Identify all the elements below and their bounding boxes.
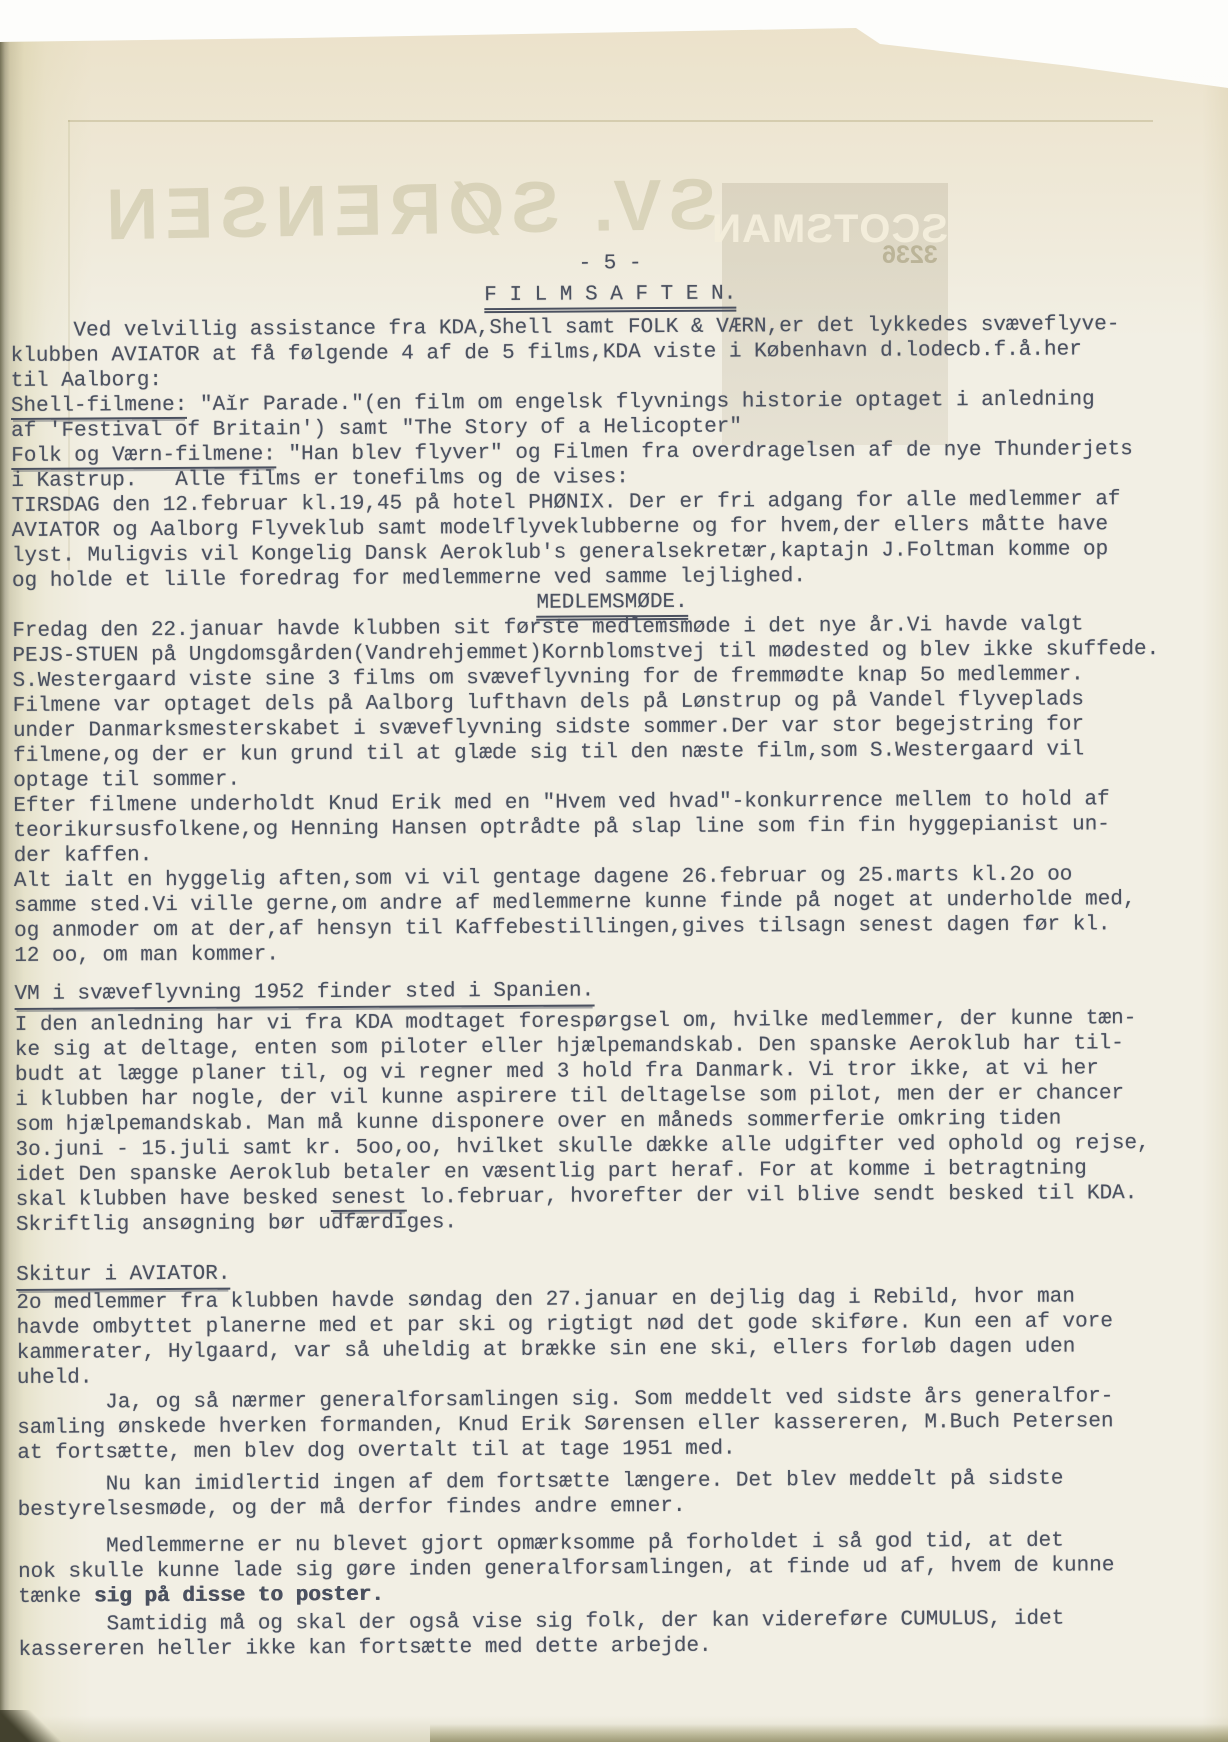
document-text: - 5 -F I L M S A F T E N. Ved velvillig … — [10, 248, 1219, 1663]
section-title: F I L M S A F T E N. — [10, 279, 1210, 311]
paragraph: Fredag den 22.januar havde klubben sit f… — [12, 612, 1214, 969]
section-h-vm: VM i svæveflyvning 1952 finder sted i Sp… — [14, 975, 1214, 1007]
underlined-text: Shell-filmene: — [11, 394, 188, 420]
scan-bottom-edge-shadow — [430, 1724, 1228, 1742]
text-segment: Skriftlig ansøgning bør udfærdiges. — [16, 1211, 457, 1237]
paragraph: Medlemmerne er nu blevet gjort opmærksom… — [18, 1528, 1218, 1610]
text-segment: tænke — [18, 1586, 94, 1609]
paragraph: I den anledning har vi fra KDA modtaget … — [15, 1006, 1216, 1238]
text-segment: optage til sommer. — [13, 769, 240, 793]
bleedthrough-frame-line-horizontal — [68, 120, 1153, 122]
underlined-text: senest — [331, 1187, 407, 1212]
underlined-text: Folk og Værn-filmene: — [11, 443, 276, 470]
text-segment: af 'Festival of Britain') samt "The Stor… — [11, 416, 742, 443]
text-segment: bestyrelsesmøde, og der må derfor findes… — [18, 1495, 686, 1522]
text-segment: at fortsætte, men blev dog overtalt til … — [17, 1438, 735, 1465]
text-segment: kassereren heller ikke kan fortsætte med… — [18, 1635, 711, 1662]
scan-corner-shadow — [0, 1710, 72, 1742]
paragraph: 2o medlemmer fra klubben havde søndag de… — [16, 1284, 1217, 1391]
section-h-skitur: Skitur i AVIATOR. — [16, 1256, 1216, 1288]
text-segment: til Aalborg: — [11, 369, 162, 393]
text-segment: uheld. — [17, 1367, 93, 1390]
section-heading: F I L M S A F T E N. — [484, 283, 736, 314]
paragraph: Ved velvillig assistance fra KDA,Shell s… — [10, 312, 1212, 594]
paragraph: Nu kan imidlertid ingen af dem fortsætte… — [17, 1466, 1217, 1523]
text-segment: "Han blev flyver" og Filmen fra overdrag… — [276, 438, 1133, 466]
paragraph: Ja, og så nærmer generalforsamlingen sig… — [17, 1384, 1217, 1466]
text-segment: og holde et lille foredrag for medlemmer… — [12, 565, 806, 593]
scanned-document: SV. SØRENSEN SCOTSMAN 3236 - 5 -F I L M … — [0, 0, 1228, 1742]
section-heading: Skitur i AVIATOR. — [16, 1263, 230, 1291]
text-segment: skal klubben have besked — [16, 1187, 331, 1212]
text-segment: lo.februar, hvorefter der vil blive send… — [406, 1182, 1137, 1209]
paragraph: Samtidig må og skal der også vise sig fo… — [18, 1606, 1218, 1663]
emphasized-text: sig på disse to poster. — [94, 1584, 384, 1609]
paper-sheet: SV. SØRENSEN SCOTSMAN 3236 - 5 -F I L M … — [0, 0, 1228, 1742]
section-heading: VM i svæveflyvning 1952 finder sted i Sp… — [14, 979, 594, 1010]
text-segment: der kaffen. — [14, 844, 153, 868]
text-segment: "Aĭr Parade."(en film om engelsk flyvnin… — [187, 388, 1094, 417]
text-segment: 12 oo, om man kommer. — [14, 943, 279, 968]
text-segment: i Kastrup. Alle films er tonefilms og de… — [11, 466, 629, 493]
page-number: - 5 - — [578, 252, 641, 275]
